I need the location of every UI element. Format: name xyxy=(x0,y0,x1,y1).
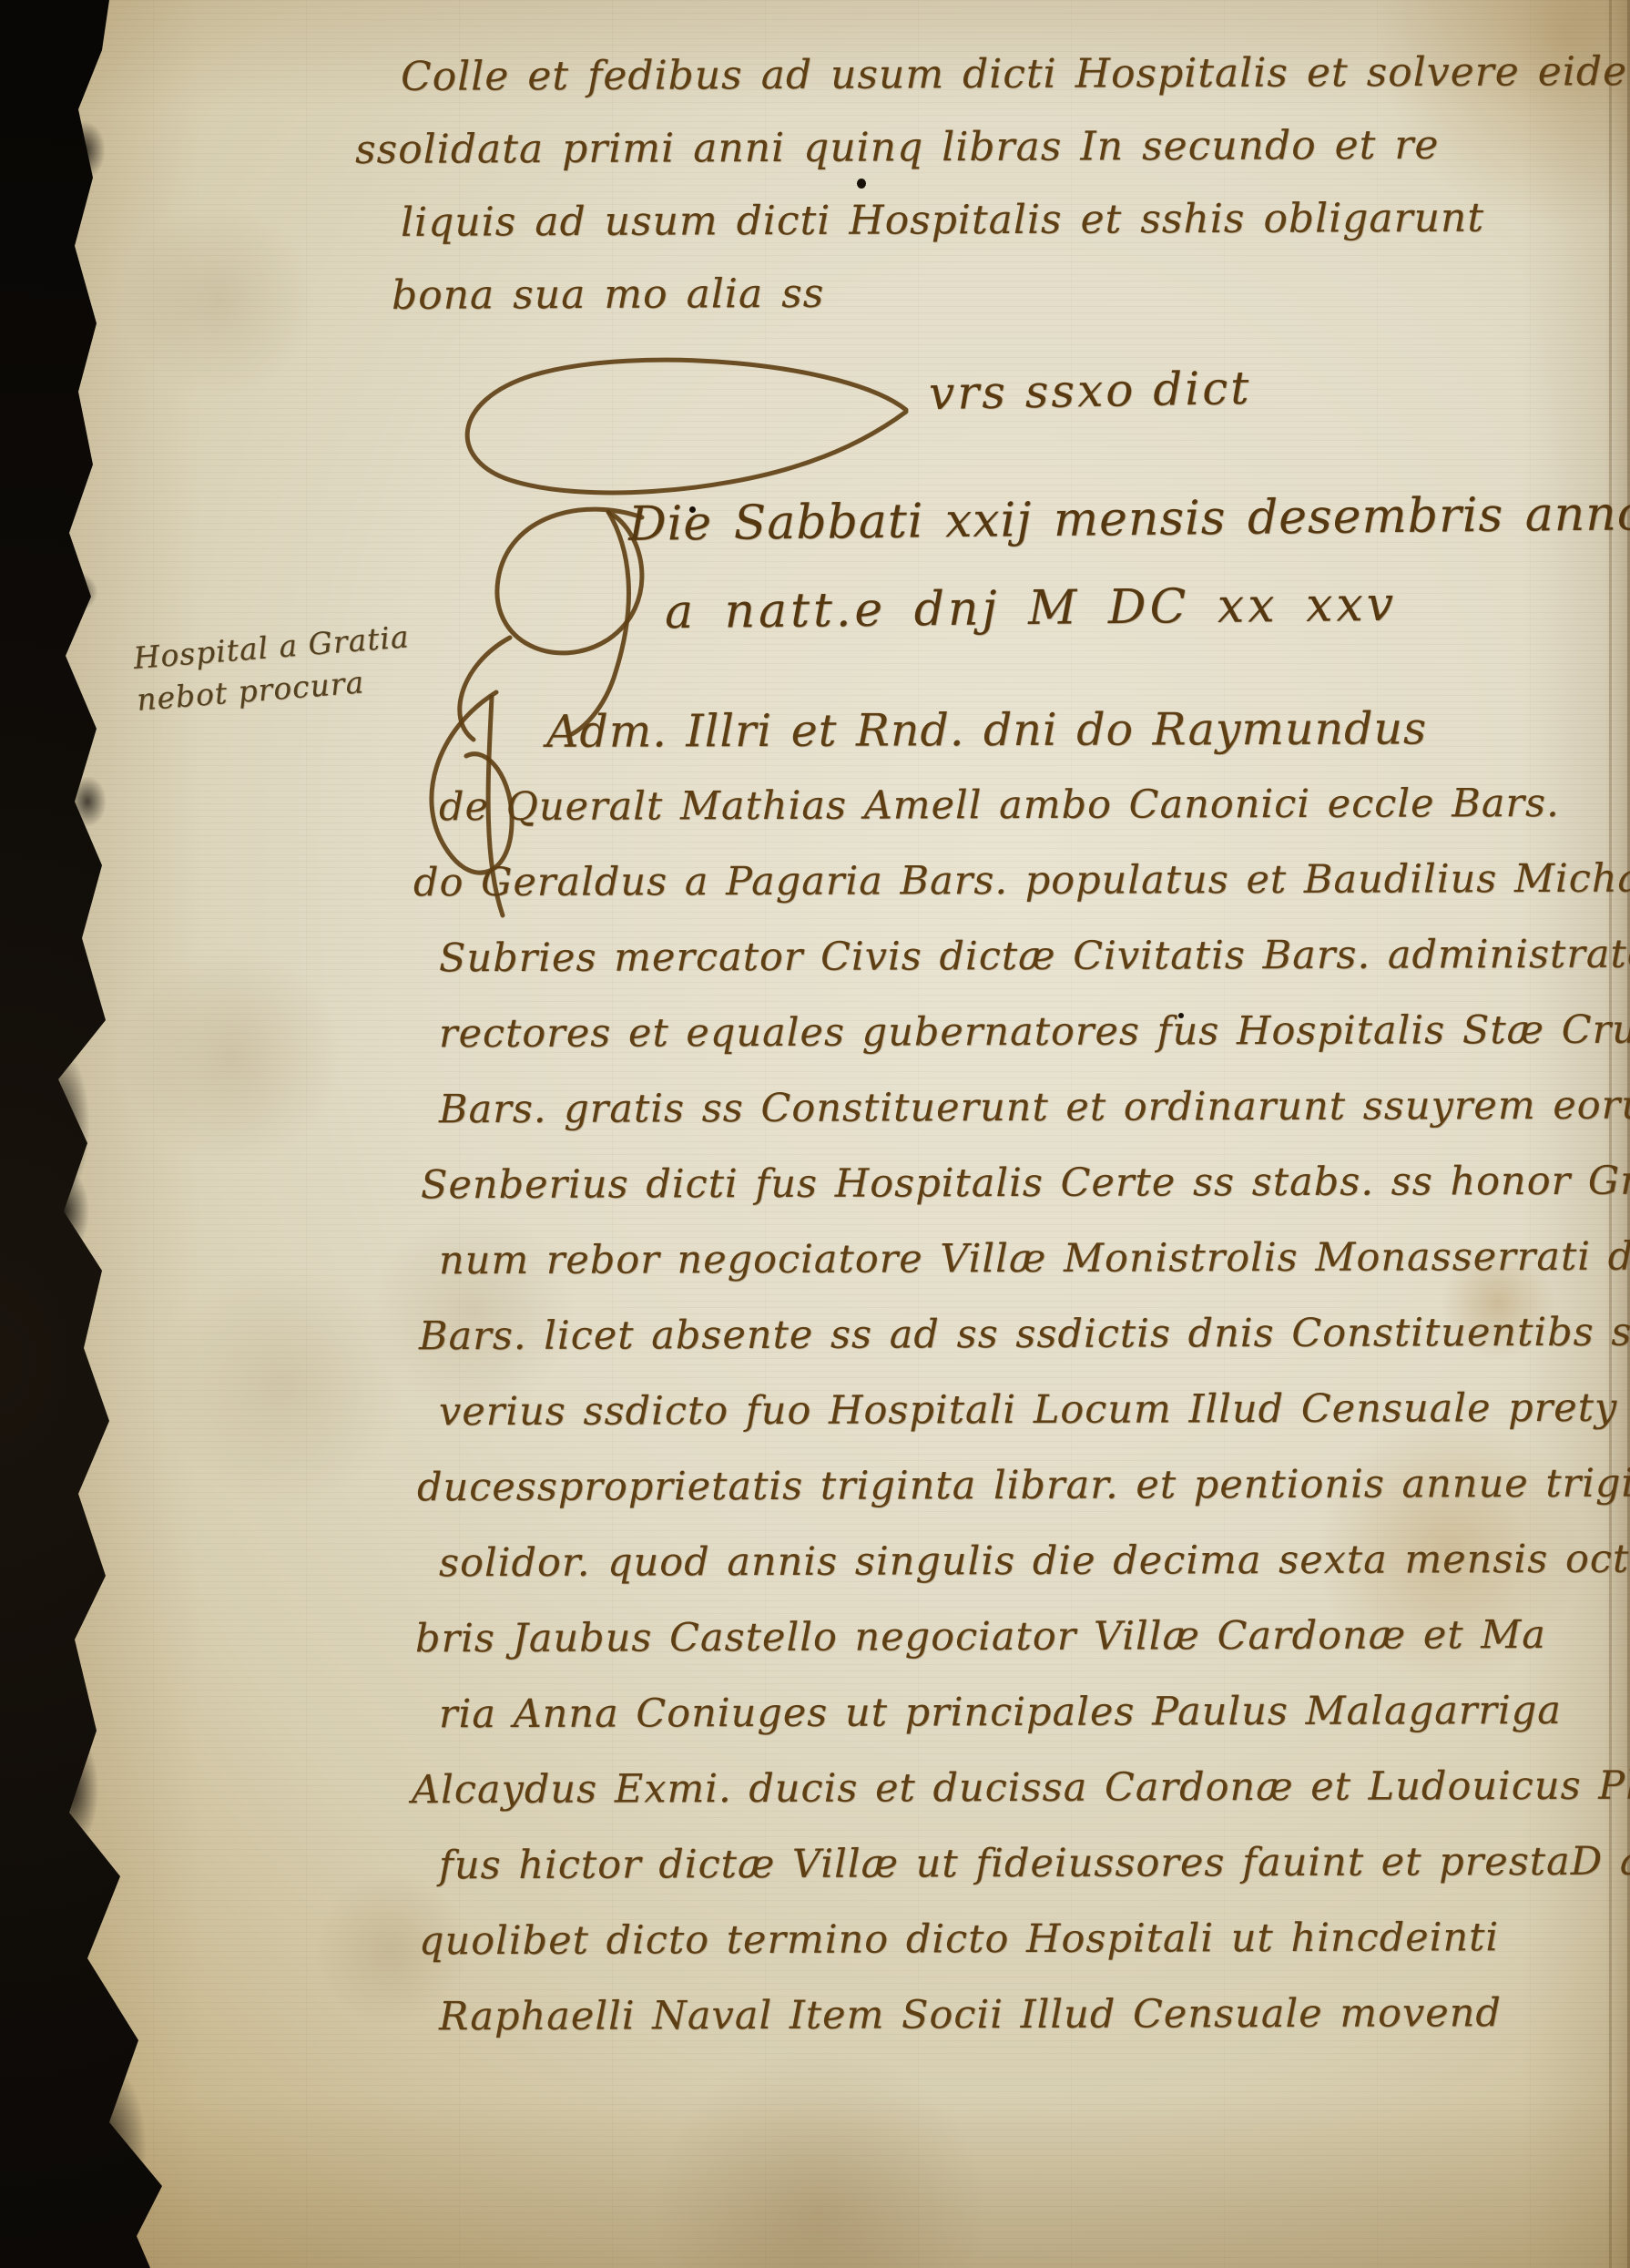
manuscript-line: solidor. quod annis singulis die decima … xyxy=(439,1522,1614,1602)
manuscript-line: ducessproprietatis triginta librar. et p… xyxy=(417,1446,1614,1527)
date-initial-flourish xyxy=(497,509,642,653)
manuscript-line: Bars. licet absente ss ad ss ssdictis dn… xyxy=(419,1295,1614,1375)
manuscript-line: quolibet dicto termino dicto Hospitali u… xyxy=(419,1900,1614,1980)
manuscript-line: rectores et equales gubernatores fus Hos… xyxy=(439,993,1614,1073)
manuscript-line: ria Anna Coniuges ut principales Paulus … xyxy=(439,1673,1614,1753)
ink-blot xyxy=(1178,1013,1184,1018)
manuscript-line: Colle et fedibus ad usum dicti Hospitali… xyxy=(401,36,1603,114)
ink-blot xyxy=(857,179,866,189)
manuscript-line: fus hictor dictæ Villæ ut fideiussores f… xyxy=(439,1824,1614,1905)
closing-formula-line: vrs ssxo dict xyxy=(929,362,1252,420)
manuscript-line: Senberius dicti fus Hospitalis Certe ss … xyxy=(421,1144,1614,1224)
body-paragraph: Adm. Illri et Rnd. dni do Raymundus de Q… xyxy=(439,692,1614,2053)
manuscript-paper: Colle et fedibus ad usum dicti Hospitali… xyxy=(0,0,1630,2268)
closing-flourish-loop xyxy=(467,360,906,493)
manuscript-line: verius ssdicto fuo Hospitali Locum Illud… xyxy=(439,1371,1614,1451)
manuscript-photo: Colle et fedibus ad usum dicti Hospitali… xyxy=(0,0,1630,2268)
manuscript-line: Raphaelli Naval Item Socii Illud Censual… xyxy=(439,1976,1614,2056)
manuscript-line: Subries mercator Civis dictæ Civitatis B… xyxy=(439,917,1614,997)
ink-blot xyxy=(689,506,696,513)
date-heading-line-1: Die Sabbati xxij mensis desembris anno xyxy=(628,486,1630,552)
manuscript-line: bona sua mo alia ss xyxy=(392,254,1603,332)
manuscript-line: bris Jaubus Castello negociator Villæ Ca… xyxy=(415,1598,1614,1678)
manuscript-line: ssolidata primi anni quinq libras In sec… xyxy=(355,108,1603,187)
manuscript-line: Bars. gratis ss Constituerunt et ordinar… xyxy=(439,1068,1614,1149)
manuscript-line: Adm. Illri et Rnd. dni do Raymundus xyxy=(439,690,1614,771)
manuscript-line: Alcaydus Exmi. ducis et ducissa Cardonæ … xyxy=(412,1749,1614,1829)
date-heading-line-2: a natt.e dnj M DC xx xxv xyxy=(665,577,1398,639)
opening-paragraph: Colle et fedibus ad usum dicti Hospitali… xyxy=(401,38,1603,330)
manuscript-line: de Queralt Mathias Amell ambo Canonici e… xyxy=(439,766,1614,846)
manuscript-line: liquis ad usum dicti Hospitalis et sshis… xyxy=(401,181,1603,260)
manuscript-line: num rebor negociatore Villæ Monistrolis … xyxy=(439,1220,1614,1300)
manuscript-line: do Geraldus a Pagaria Bars. populatus et… xyxy=(413,842,1614,922)
